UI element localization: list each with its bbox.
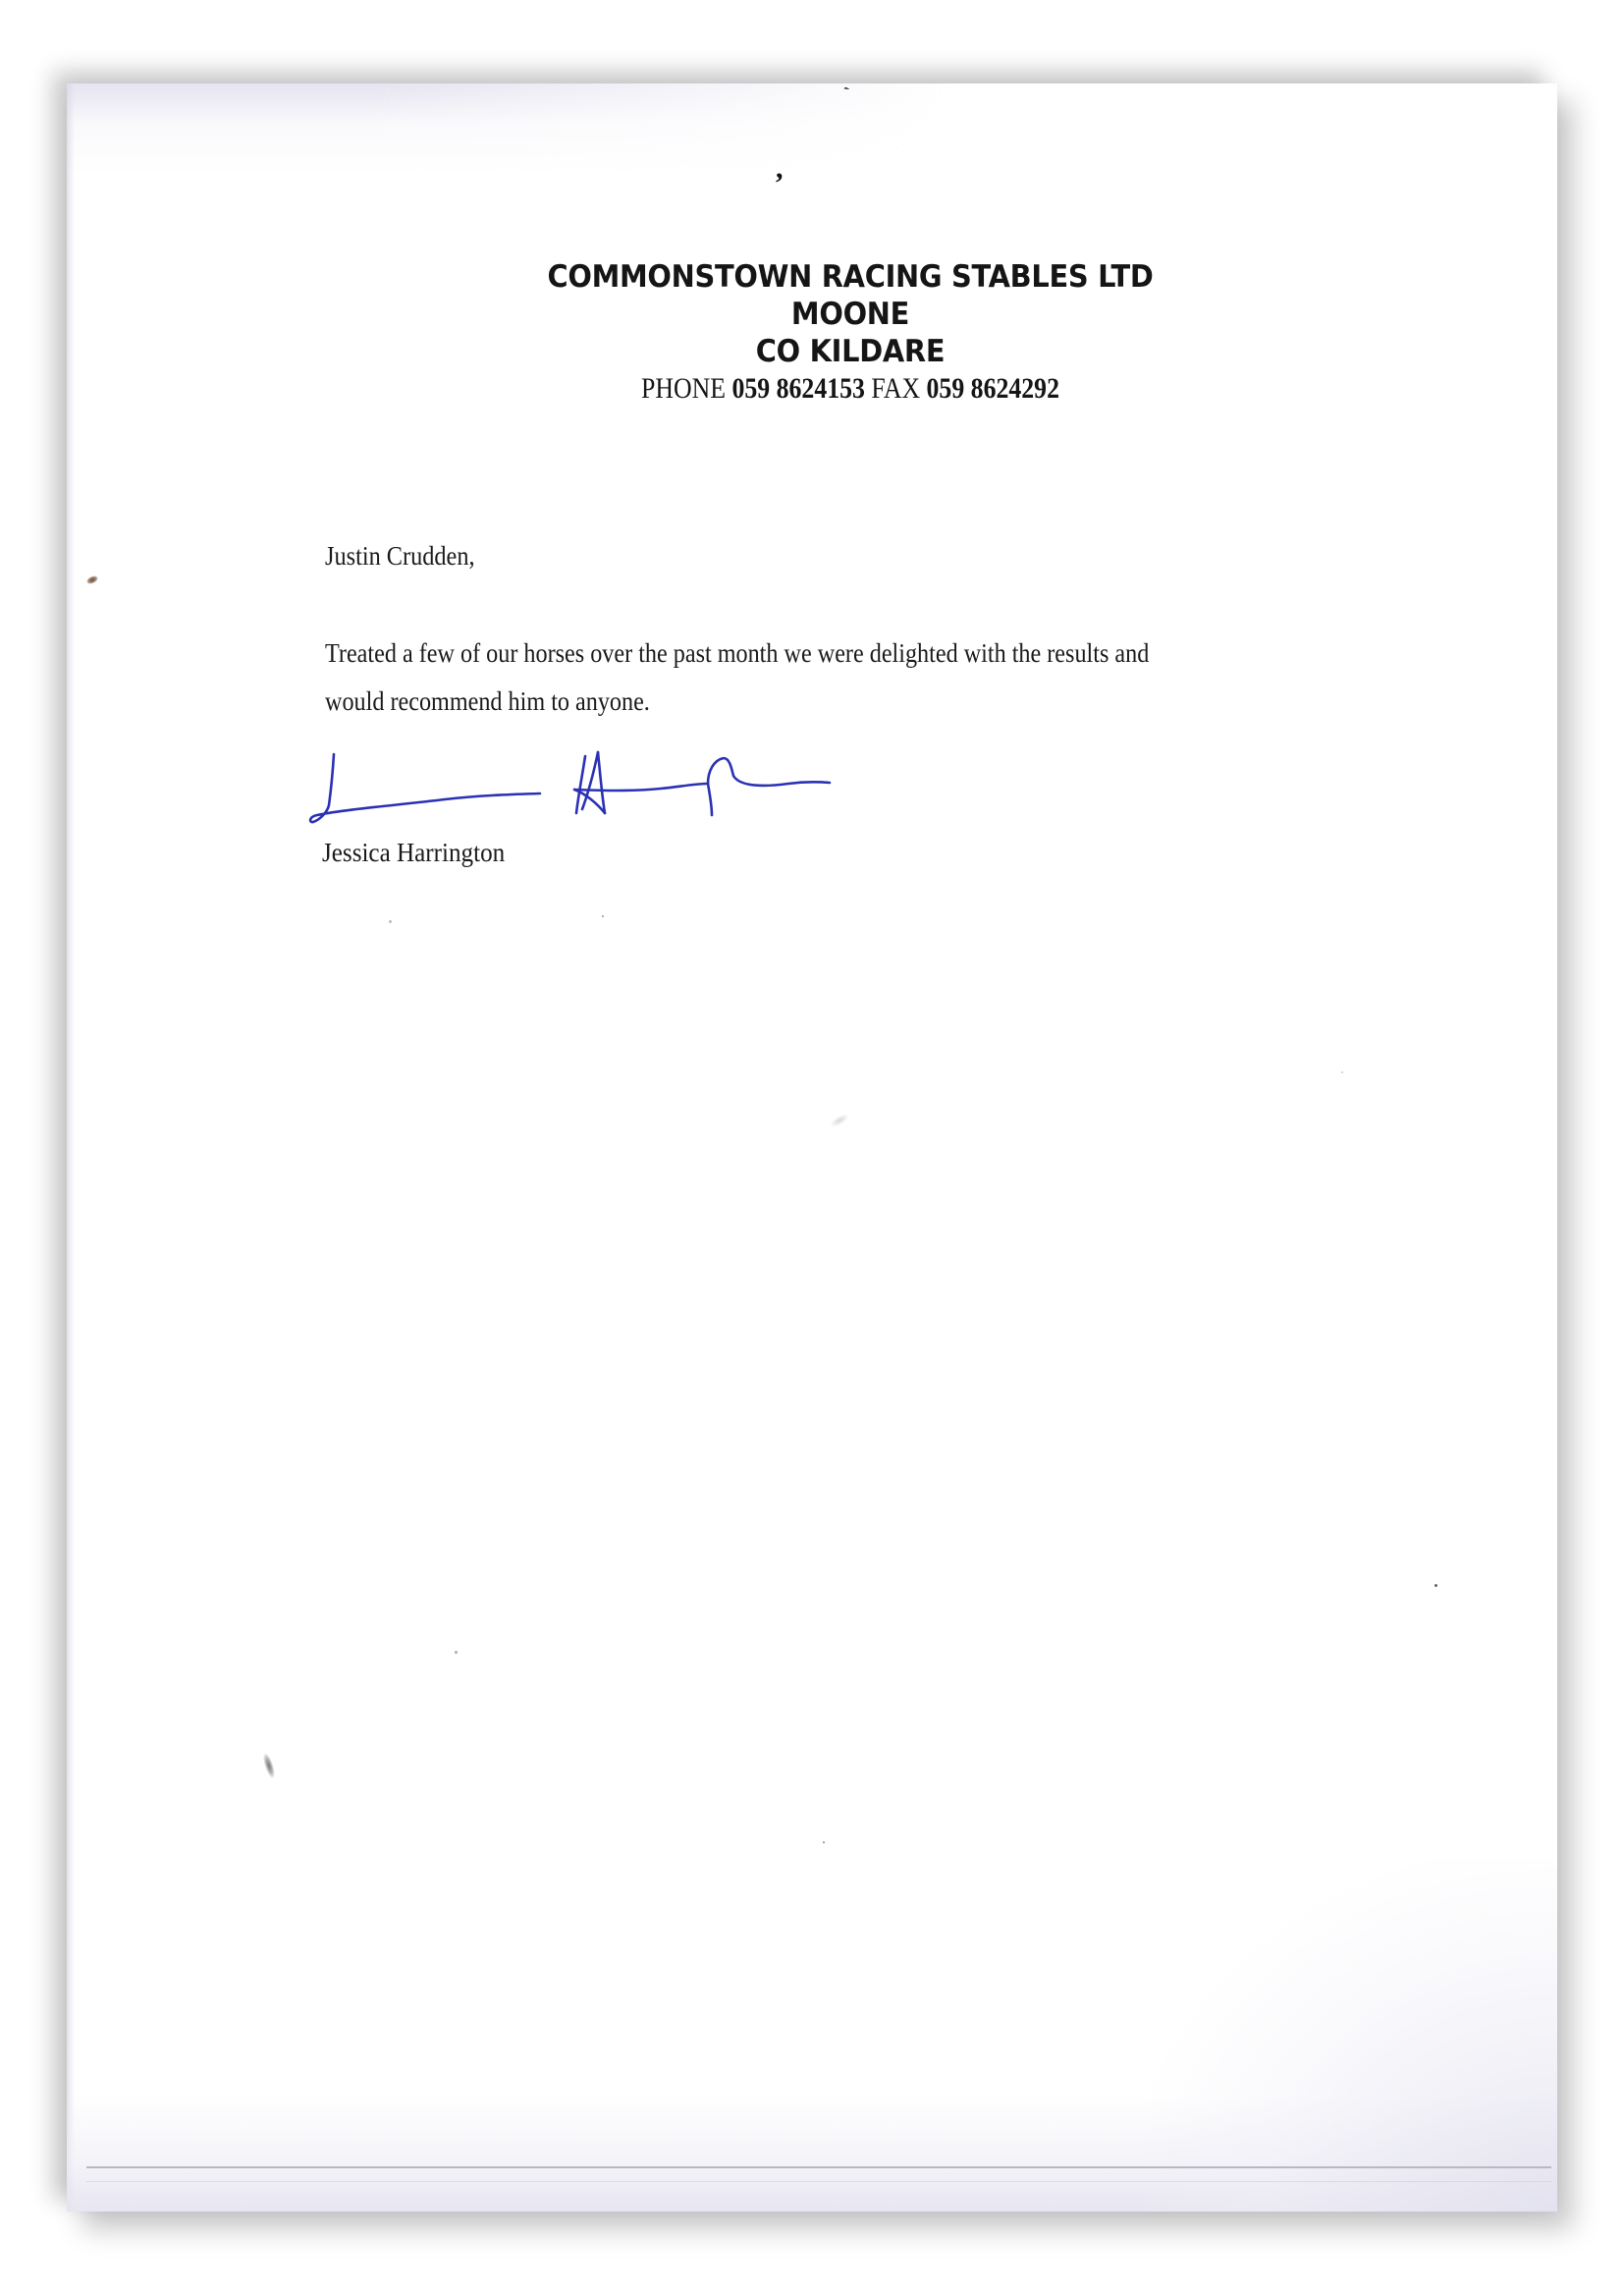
- stray-comma-mark: ,: [776, 154, 784, 184]
- company-name: COMMONSTOWN RACING STABLES LTD: [473, 258, 1227, 296]
- scan-tint-top: [67, 83, 950, 172]
- signer-name: Jessica Harrington: [322, 838, 505, 868]
- phone-label: PHONE: [641, 372, 726, 405]
- scan-dot: [1341, 1071, 1343, 1073]
- scan-speck: [85, 574, 99, 585]
- scan-speck: [829, 1113, 849, 1129]
- contact-line: PHONE 059 8624153 FAX 059 8624292: [502, 370, 1199, 408]
- footer-rule-faint: [86, 2181, 1551, 2182]
- company-county: CO KILDARE: [473, 333, 1227, 370]
- fax-label: FAX: [871, 372, 920, 405]
- scan-dot: [602, 915, 604, 917]
- phone-number: 059 8624153: [731, 372, 864, 405]
- salutation: Justin Crudden,: [325, 541, 475, 572]
- scan-tint-corner: [1145, 1858, 1557, 2212]
- scan-dot: [823, 1841, 825, 1843]
- fax-number: 059 8624292: [927, 372, 1059, 405]
- body-line-1: Treated a few of our horses over the pas…: [325, 638, 1149, 669]
- scan-dot: [455, 1651, 458, 1654]
- scan-speck: [261, 1752, 277, 1778]
- letterhead: COMMONSTOWN RACING STABLES LTD MOONE CO …: [445, 258, 1256, 408]
- footer-rule: [86, 2166, 1551, 2168]
- company-town: MOONE: [473, 296, 1227, 333]
- scan-dot: [1434, 1584, 1437, 1587]
- scan-tint-left: [67, 83, 75, 2212]
- signature-icon: [307, 746, 838, 835]
- body-line-2: would recommend him to anyone.: [325, 686, 650, 717]
- scan-dot: [389, 920, 392, 923]
- scanned-letter-page: ` , COMMONSTOWN RACING STABLES LTD MOONE…: [67, 83, 1557, 2212]
